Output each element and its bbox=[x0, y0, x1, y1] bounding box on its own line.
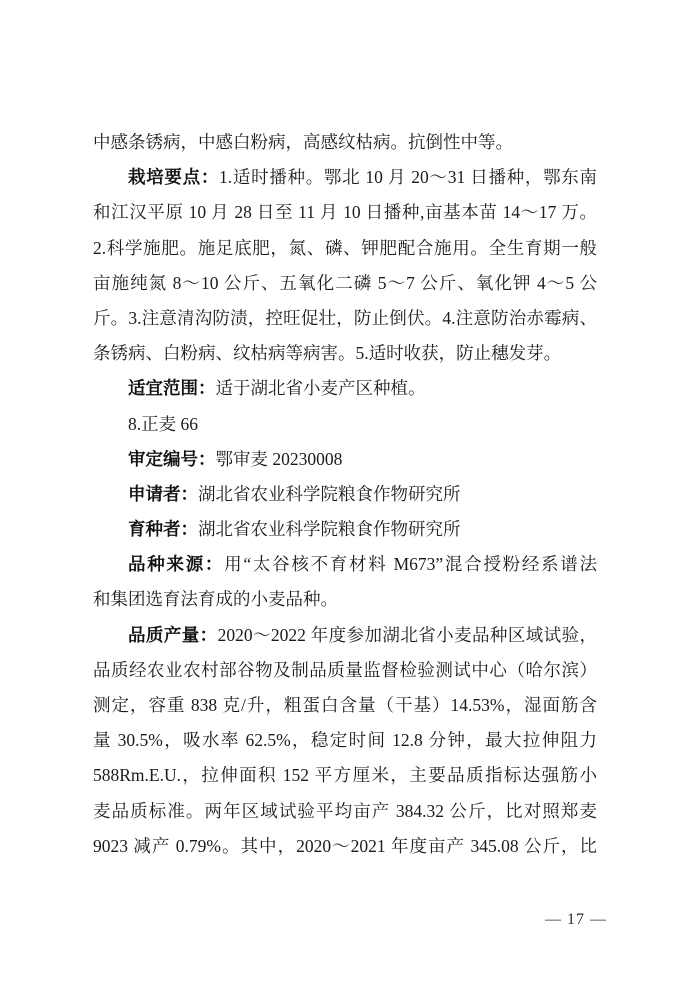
doc-line-quality-6: 麦品质标准。两年区域试验平均亩产 384.32 公斤，比对照郑麦 bbox=[93, 794, 597, 829]
line-text: 测定，容重 838 克/升，粗蛋白含量（干基）14.53%，湿面筋含 bbox=[93, 695, 597, 715]
line-text: 9023 减产 0.79%。其中，2020～2021 年度亩产 345.08 公… bbox=[93, 836, 597, 856]
applicant-label: 申请者： bbox=[128, 484, 198, 504]
applicant-value: 湖北省农业科学院粮食作物研究所 bbox=[198, 484, 461, 504]
doc-line-resistance: 中感条锈病，中感白粉病，高感纹枯病。抗倒性中等。 bbox=[93, 125, 597, 160]
line-text: 斤。3.注意清沟防渍，控旺促壮，防止倒伏。4.注意防治赤霉病、 bbox=[93, 308, 597, 328]
line-text: 适于湖北省小麦产区种植。 bbox=[216, 378, 426, 398]
doc-line-applicant: 申请者：湖北省农业科学院粮食作物研究所 bbox=[93, 477, 597, 512]
doc-line-quality-1: 品质产量：2020～2022 年度参加湖北省小麦品种区域试验， bbox=[93, 618, 597, 653]
doc-line-origin-2: 和集团选育法育成的小麦品种。 bbox=[93, 582, 597, 617]
variety-name-text: 8.正麦 66 bbox=[128, 414, 198, 434]
cultivation-points-label: 栽培要点： bbox=[128, 167, 219, 187]
doc-line-cultivation-1: 栽培要点：1.适时播种。鄂北 10 月 20～31 日播种，鄂东南 bbox=[93, 160, 597, 195]
quality-yield-label: 品质产量： bbox=[128, 625, 218, 645]
approval-number-label: 审定编号： bbox=[128, 449, 216, 469]
line-text: 1.适时播种。鄂北 10 月 20～31 日播种，鄂东南 bbox=[219, 167, 597, 187]
doc-line-quality-3: 测定，容重 838 克/升，粗蛋白含量（干基）14.53%，湿面筋含 bbox=[93, 688, 597, 723]
breeder-value: 湖北省农业科学院粮食作物研究所 bbox=[198, 519, 461, 539]
line-text: 和江汉平原 10 月 28 日至 11 月 10 日播种,亩基本苗 14～17 … bbox=[93, 202, 597, 222]
doc-line-quality-2: 品质经农业农村部谷物及制品质量监督检验测试中心（哈尔滨） bbox=[93, 653, 597, 688]
line-text: 和集团选育法育成的小麦品种。 bbox=[93, 589, 338, 609]
line-text: 条锈病、白粉病、纹枯病等病害。5.适时收获，防止穗发芽。 bbox=[93, 343, 561, 363]
doc-line-suitable-range: 适宜范围：适于湖北省小麦产区种植。 bbox=[93, 371, 597, 406]
line-text: 588Rm.E.U.，拉伸面积 152 平方厘米，主要品质指标达强筋小 bbox=[93, 765, 597, 785]
suitable-range-label: 适宜范围： bbox=[128, 378, 216, 398]
line-text: 2.科学施肥。施足底肥，氮、磷、钾肥配合施用。全生育期一般 bbox=[93, 238, 597, 258]
document-page: 中感条锈病，中感白粉病，高感纹枯病。抗倒性中等。 栽培要点：1.适时播种。鄂北 … bbox=[0, 0, 690, 981]
document-body: 中感条锈病，中感白粉病，高感纹枯病。抗倒性中等。 栽培要点：1.适时播种。鄂北 … bbox=[93, 125, 597, 864]
doc-line-quality-4: 量 30.5%，吸水率 62.5%，稳定时间 12.8 分钟，最大拉伸阻力 bbox=[93, 723, 597, 758]
doc-line-cultivation-3: 2.科学施肥。施足底肥，氮、磷、钾肥配合施用。全生育期一般 bbox=[93, 231, 597, 266]
doc-line-cultivation-4: 亩施纯氮 8～10 公斤、五氧化二磷 5～7 公斤、氧化钾 4～5 公 bbox=[93, 266, 597, 301]
line-text: 用“太谷核不育材料 M673”混合授粉经系谱法 bbox=[224, 554, 597, 574]
doc-line-breeder: 育种者：湖北省农业科学院粮食作物研究所 bbox=[93, 512, 597, 547]
variety-origin-label: 品种来源： bbox=[128, 554, 224, 574]
doc-line-cultivation-6: 条锈病、白粉病、纹枯病等病害。5.适时收获，防止穗发芽。 bbox=[93, 336, 597, 371]
doc-line-cultivation-5: 斤。3.注意清沟防渍，控旺促壮，防止倒伏。4.注意防治赤霉病、 bbox=[93, 301, 597, 336]
line-text: 麦品质标准。两年区域试验平均亩产 384.32 公斤，比对照郑麦 bbox=[93, 801, 597, 821]
line-text: 亩施纯氮 8～10 公斤、五氧化二磷 5～7 公斤、氧化钾 4～5 公 bbox=[93, 273, 597, 293]
doc-line-cultivation-2: 和江汉平原 10 月 28 日至 11 月 10 日播种,亩基本苗 14～17 … bbox=[93, 195, 597, 230]
line-text: 2020～2022 年度参加湖北省小麦品种区域试验， bbox=[218, 625, 597, 645]
doc-line-quality-5: 588Rm.E.U.，拉伸面积 152 平方厘米，主要品质指标达强筋小 bbox=[93, 758, 597, 793]
approval-number-value: 鄂审麦 20230008 bbox=[216, 449, 343, 469]
line-text: 中感条锈病，中感白粉病，高感纹枯病。抗倒性中等。 bbox=[93, 132, 513, 152]
doc-line-variety-heading: 8.正麦 66 bbox=[93, 407, 597, 442]
doc-line-approval-number: 审定编号：鄂审麦 20230008 bbox=[93, 442, 597, 477]
doc-line-quality-7: 9023 减产 0.79%。其中，2020～2021 年度亩产 345.08 公… bbox=[93, 829, 597, 864]
line-text: 量 30.5%，吸水率 62.5%，稳定时间 12.8 分钟，最大拉伸阻力 bbox=[93, 730, 597, 750]
page-number: — 17 — bbox=[545, 910, 607, 930]
line-text: 品质经农业农村部谷物及制品质量监督检验测试中心（哈尔滨） bbox=[93, 660, 597, 680]
breeder-label: 育种者： bbox=[128, 519, 198, 539]
doc-line-origin-1: 品种来源：用“太谷核不育材料 M673”混合授粉经系谱法 bbox=[93, 547, 597, 582]
